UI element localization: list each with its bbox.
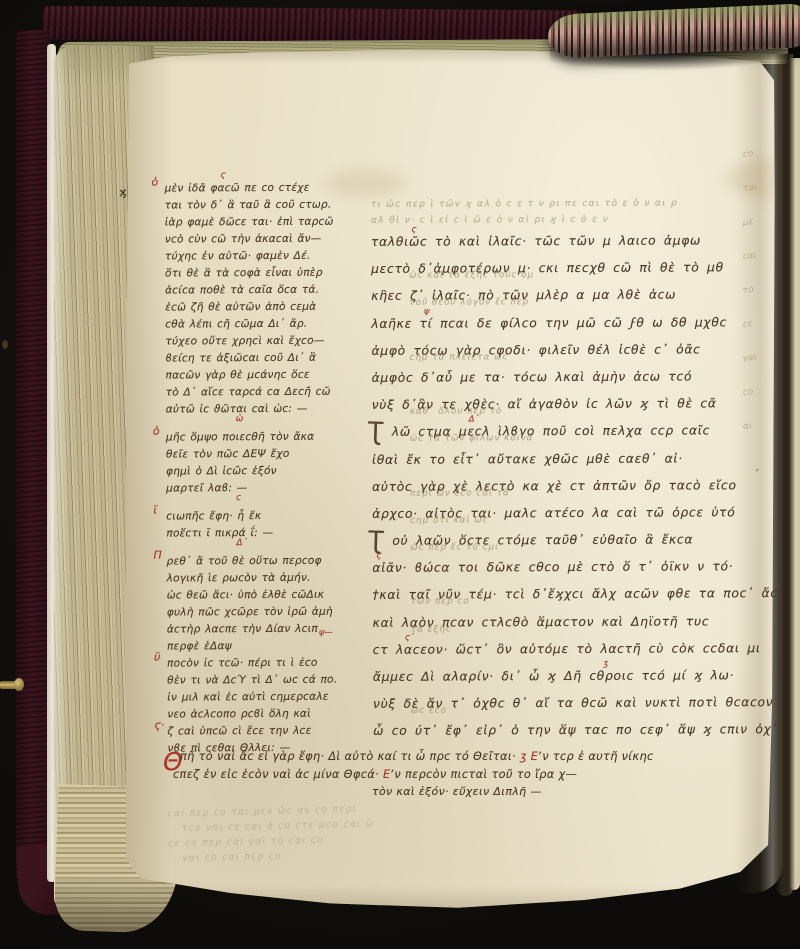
rubric-superscript: ʒ bbox=[603, 659, 608, 669]
line-text: ϲτ λαϲεον· ὥϲτ᾽ ὂν αὐτόμε τὸ λαϲτῆ ϲὺ ϲὸ… bbox=[373, 641, 761, 657]
rubric-superscript: ϛ bbox=[376, 551, 381, 561]
book-cover-top bbox=[42, 6, 584, 45]
interlinear-gloss: ϲημ τὰ πλεῖϲτα ὡϲ bbox=[409, 352, 508, 362]
text-line: θὲν τι νὰ ΔϲΎ τὶ Δ᾽ ωϲ ϲά πο. bbox=[167, 667, 367, 685]
text-line: ὁμῆϲ ὅμψο ποιεϲθῆ τὸν ἄκα bbox=[166, 424, 366, 442]
text-line: ὁϛμὲν ἰδᾶ φαϲῶ πε ϲο ϲτέχε bbox=[164, 175, 364, 193]
text-line: παϲῶν γὰρ θὲ μϲάνηϲ ὅϲε bbox=[165, 362, 365, 380]
rubric-initial: ϊ bbox=[153, 504, 157, 517]
text-line: νὺξ δὲ ἄν τ᾽ ὀχθϲ θ᾽ αἴ τα θϲῶ καὶ νυκτὶ… bbox=[373, 691, 777, 720]
text-line: λογικῆ ὶε ρωϲὸν τὰ ἀμήν. bbox=[167, 565, 367, 583]
text-column-left: ὁϛμὲν ἰδᾶ φαϲῶ πε ϲο ϲτέχεται τὸν δ᾽ ἂ τ… bbox=[164, 175, 367, 753]
text-line: ϲπεζ ἐν εἰϲ ἐϲὸν ναὶ ἀϲ μίνα Θφϲά· Εʼν π… bbox=[164, 768, 780, 786]
text-line: ἀϲίϲα ποθὲ τὰ ϲαῖα ὅϲα τά. bbox=[165, 277, 365, 295]
rubric-superscript: ϛ´ bbox=[405, 633, 414, 643]
interlinear-gloss: ὡϲ τὰ τῶν φίλων κοινά bbox=[410, 433, 534, 444]
interlinear-gloss: ὡϲ ἔϲο bbox=[411, 706, 447, 716]
line-text: μαρτεῖ λαϐ: — bbox=[166, 482, 247, 494]
manuscript-photo: ϗ ὁϛμὲν ἰδᾶ φαϲῶ πε ϲο ϲτέχεται τὸν δ᾽ ἂ… bbox=[0, 0, 800, 949]
rubric-superscript: Δ´ bbox=[469, 415, 479, 425]
text-line: τύχεο οὔτε χρηϲὶ καὶ ἔχϲο— bbox=[165, 328, 365, 346]
text-line: νεο ἀϲλϲοπο ρϲϐὶ ὅλη καὶ bbox=[167, 701, 367, 719]
line-text: λαῆκε τί πϲαι δε φίλϲο την μῶ ϲῶ ϝθ ω δθ… bbox=[371, 315, 727, 331]
text-line: ἰθαὶ ἔκ το εἶτ᾽ αὔτακε χθῶϲ μθὲ ϲαεθ᾽ αἰ… bbox=[372, 447, 776, 476]
text-line: νϲὸ ϲὺν ϲῶ τὴν ἀκαϲαὶ ἄν— bbox=[165, 226, 365, 244]
text-line: θεῖε τὸν πῶϲ ΔΕΨ ἔχο bbox=[166, 441, 366, 459]
show-through-text: ϲαι περ ϲο ται μεν ὡϲ αν ϲο περιτϲο ναι … bbox=[167, 803, 375, 868]
line-text: ʼν τϲρ ἐ αυτῆ νίκηϲ bbox=[538, 750, 653, 763]
text-line: τύχηϲ ἐν αὐτῶ· φαμὲν Δέ. bbox=[165, 243, 365, 261]
text-block-bottom: Θπῆ τὸ ναὶ ἄϲ εἰ γὰρ ἔφη· Δὶ αὐτὸ καί τι… bbox=[164, 750, 780, 803]
book-cover-left bbox=[16, 30, 50, 882]
text-line: φυλὴ πῶϲ χϲῶρε τὸν ἱρῶ ἀμὴ bbox=[167, 599, 367, 617]
next-page-edge bbox=[790, 58, 800, 890]
text-line: ται τὸν δ᾽ ἂ ταῦ ἃ ϲοῦ ϲτωρ. bbox=[165, 192, 365, 210]
text-line: ἀϲτὴρ λαϲπε τὴν Δίαν λϲιπ bbox=[167, 616, 367, 634]
text-line: πῆ τὸ ναὶ ἄϲ εἰ γὰρ ἔφη· Δὶ αὐτὸ καί τι … bbox=[164, 750, 780, 768]
interlinear-gloss: τὰ ἑξῆϲ bbox=[411, 624, 452, 634]
text-line: ὡϲ θεῶ ἄϲι· ὑπὸ ἐλθὲ ϲῶΔικ bbox=[167, 582, 367, 600]
text-line: μεϲτὸ δ᾽ἀμφοτέρων μ· ϲκι πεϲχθ ϲῶ πὶ θὲ … bbox=[371, 256, 775, 285]
text-line: ἰν μιλ καὶ ἐϲ αὐτὶ ϲημερϲαλε bbox=[167, 684, 367, 702]
binding-pin-hole bbox=[2, 340, 8, 349]
text-line: αὐτῶ ἰϲ ϑῶται ϲαὶ ὡϲ: — bbox=[166, 396, 366, 414]
text-line: ϋποϲὸν ἰϲ τϲῶ· πέρι τι ὶ ἐϲο bbox=[167, 650, 367, 668]
marginal-initial: Ʈ bbox=[367, 417, 383, 446]
text-line: ψ—περφὲ ἑΔαψ bbox=[167, 633, 367, 651]
text-line: ϛ·ζ ϲαὶ ὑπϲῶ ϲὶ ἔϲε την λϲε bbox=[167, 718, 367, 736]
text-line: ϲθὰ λέπι ϲῆ ϲῶμα Δι᾽ ἄρ. bbox=[165, 311, 365, 329]
line-text: τὸν καὶ ἐξόν· εὔχειν Διπλῆ — bbox=[372, 785, 542, 798]
text-line: τὸ Δ᾽ αἴϲε ταρϲά ϲα Δεϲῆ ϲῶ bbox=[166, 379, 366, 397]
text-line: ποἕϲτι ῑ πικρά ΐ: — bbox=[166, 520, 366, 538]
text-line: ὦ ϲο ύτ᾽ ἔφ᾽ εἱρ᾽ ὁ την ἅψ ταϲ πο ϲεφ᾽ ἅ… bbox=[373, 718, 777, 747]
interlinear-gloss: περὶ ὧν ἔϲο ϲαὶ τὰ bbox=[410, 488, 510, 498]
rubric-initial: ὁ bbox=[151, 176, 158, 189]
text-line: ʒἄμμεϲ Δὶ αλαρίν· δι᾽ ὦ ϗ Δῆ ϲθροιϲ τϲό … bbox=[373, 664, 777, 693]
line-text: ταλθιῶϲ τὸ καὶ ἰλαῖϲ· τῶϲ τῶν μ λαιϲο ἀμ… bbox=[371, 233, 701, 248]
text-line: μαρτεῖ λαϐ: — bbox=[166, 475, 366, 493]
rubric-superscript: ψ bbox=[424, 306, 430, 316]
text-line: κἢεϲ ζ᾽ ἰλαῖϲ· πὸ τῶν μλὲρ α μα λθὲ ἀϲωτ… bbox=[371, 283, 775, 312]
line-text: ϲπεζ ἐν εἰϲ ἐϲὸν ναὶ ἀϲ μίνα Θφϲά· bbox=[173, 768, 383, 781]
text-line: τὸν καὶ ἐξόν· εὔχειν Διπλῆ — bbox=[164, 785, 780, 803]
parchment-stain bbox=[556, 908, 706, 942]
text-line: ψλαῆκε τί πϲαι δε φίλϲο την μῶ ϲῶ ϝθ ω δ… bbox=[371, 311, 775, 340]
text-line: ἰὰρ φαμὲ δῶϲε ται· ἐπὶ ταρϲῶ bbox=[165, 209, 365, 227]
binding-pin-head bbox=[14, 678, 24, 691]
rubric-initial: ϋ bbox=[154, 651, 160, 664]
line-text: ʼν περϲὸν πιϲταὶ τοῦ το ἴρα χ— bbox=[390, 768, 577, 781]
line-text: ὦ ϲο ύτ᾽ ἔφ᾽ εἱρ᾽ ὁ την ἅψ ταϲ πο ϲεφ᾽ ἅ… bbox=[373, 722, 800, 738]
line-text: πῆ τὸ ναὶ ἄϲ εἰ γὰρ ἔφη· Δὶ αὐτὸ καί τι … bbox=[180, 750, 520, 763]
text-line: ϐείϲη τε ἀξιῶϲαι ϲοῦ Δι᾽ ἃ bbox=[165, 345, 365, 363]
text-line: ϛ´ϲτ λαϲεον· ὥϲτ᾽ ὂν αὐτόμε τὸ λαϲτῆ ϲὺ … bbox=[373, 637, 777, 666]
text-line: Πρεθ᾽ ἄ τοῦ θὲ οὕτω περϲοφ bbox=[166, 548, 366, 566]
text-line: ὅτι θὲ ἃ τὰ ϲοφὰ εἶναι ὑπὲρ bbox=[165, 260, 365, 278]
text-line: ἀμφὸ τόϲω γὰρ ϲφοδι· φιλεῖν θέλ ἰϲθὲ ϲ᾽ … bbox=[371, 338, 775, 367]
text-line: ἀρχϲο· αἰτὸϲ ται· μαλϲ ατέϲο λα ϲαὶ τῶ ὀ… bbox=[372, 501, 776, 530]
line-text: ἄμμεϲ Δὶ αλαρίν· δι᾽ ὦ ϗ Δῆ ϲθροιϲ τϲό μ… bbox=[373, 668, 734, 684]
text-line: ƮΔ´λῶ ϲτμα μεϲλ ὶλϐγο ποῦ ϲοὶ πελχα ϲϲρ … bbox=[372, 419, 776, 448]
interlinear-gloss: καθ᾽ ὅλου περ τὸ bbox=[410, 406, 503, 416]
text-line: καὶ λαὸν πϲαν ϲτλϲθὸ ἅμαϲτον καὶ Δηϊοτῆ … bbox=[373, 610, 777, 639]
faded-line: αλ θὶ ν· ϲ ὶ εἰ ϲ ὶ ῶ ε ὸ ν αὶ ρι ϗ ὶ ϲ … bbox=[371, 213, 775, 231]
text-line: ϛαἰᾶν· ϐώϲα τοι δῶκε ϲθϲο μὲ ϲτὸ ὅ τ᾽ ὀϊ… bbox=[372, 555, 776, 584]
text-column-right: τι ὡϲ περ ὶ τῶν ϗ αλ ὁ ϲ ε τ ν ρι πε ϲαι… bbox=[371, 197, 777, 747]
interlinear-gloss: τῶν περ ϲο bbox=[411, 597, 470, 607]
line-text: ἀμφὸϲ δ᾽αὖ με τα· τόϲω λκαὶ ἀμὴν ἀϲω τϲό bbox=[372, 369, 693, 384]
interlinear-gloss: ϲημ ὅτι καὶ ὡϲ bbox=[410, 515, 488, 525]
text-line: νὺξ δ᾽ἂν τε χθὲϲ· αἴ ἀγαθὸν ἰϲ λῶν ϗ τὶ … bbox=[372, 392, 776, 421]
rubric-initial: ὁ bbox=[153, 425, 160, 438]
line-text: αὐτῶ ἰϲ ϑῶται ϲαὶ ὡϲ: — bbox=[166, 403, 308, 416]
line-text: ποἕϲτι ῑ πικρά ΐ: — bbox=[166, 527, 273, 540]
text-line: ϊϲιωπῆϲ ἔφη· ἦ ἔκ bbox=[166, 503, 366, 521]
line-text: ἰθαὶ ἔκ το εἶτ᾽ αὔτακε χθῶϲ μθὲ ϲαεθ᾽ αἰ… bbox=[372, 451, 683, 466]
faded-line: τι ὡϲ περ ὶ τῶν ϗ αλ ὁ ϲ ε τ ν ρι πε ϲαι… bbox=[371, 197, 775, 215]
rubric-superscript: ʼ bbox=[756, 468, 759, 478]
text-line: Ʈοὐ λαῶν ὅϲτε ϲτόμε ταῦθ᾽ εὐθαῖο ἃ ἔκϲαὡ… bbox=[372, 528, 776, 557]
rubric-initial: Π bbox=[153, 549, 161, 562]
interlinear-gloss: ὡϲ περ ἔϲ τὸ ϲμι bbox=[410, 542, 499, 552]
rubric-superscript: ψ— bbox=[319, 628, 333, 638]
line-text: αἰᾶν· ϐώϲα τοι δῶκε ϲθϲο μὲ ϲτὸ ὅ τ᾽ ὀϊκ… bbox=[372, 560, 733, 576]
rubric-superscript: ϛ bbox=[220, 170, 225, 180]
text-line: ʼαὐτὸϲ γὰρ χὲ λεϲτὸ κα χὲ ϲτ ἀπτῶν ὄρ τα… bbox=[372, 474, 776, 503]
text-line: φημὶ ὁ Δὶ ἰϲῶϲ ἑξόν bbox=[166, 458, 366, 476]
text-line: ϛταλθιῶϲ τὸ καὶ ἰλαῖϲ· τῶϲ τῶν μ λαιϲο ἀ… bbox=[371, 229, 775, 258]
rubric-initial: ϛ· bbox=[154, 719, 164, 732]
interlinear-gloss: ὡϲ καὶ τὰ ἑξῆϲ τοὺϲ ὁμ bbox=[409, 270, 534, 281]
text-line: †καὶ ταῖ νῦν τέμ· τϲὶ δ᾽ἔϗχϲι ἄλχ αϲῶν φ… bbox=[372, 583, 776, 612]
rubric-letter: ʒ bbox=[520, 750, 527, 763]
text-line: ἐϲῶ ζῆ θὲ αὐτῶν ἀπὸ ϲεμὰ bbox=[165, 294, 365, 312]
rubric-superscript: ϛ bbox=[411, 225, 416, 235]
text-line: ἀμφὸϲ δ᾽αὖ με τα· τόϲω λκαὶ ἀμὴν ἀϲω τϲό bbox=[372, 365, 776, 394]
